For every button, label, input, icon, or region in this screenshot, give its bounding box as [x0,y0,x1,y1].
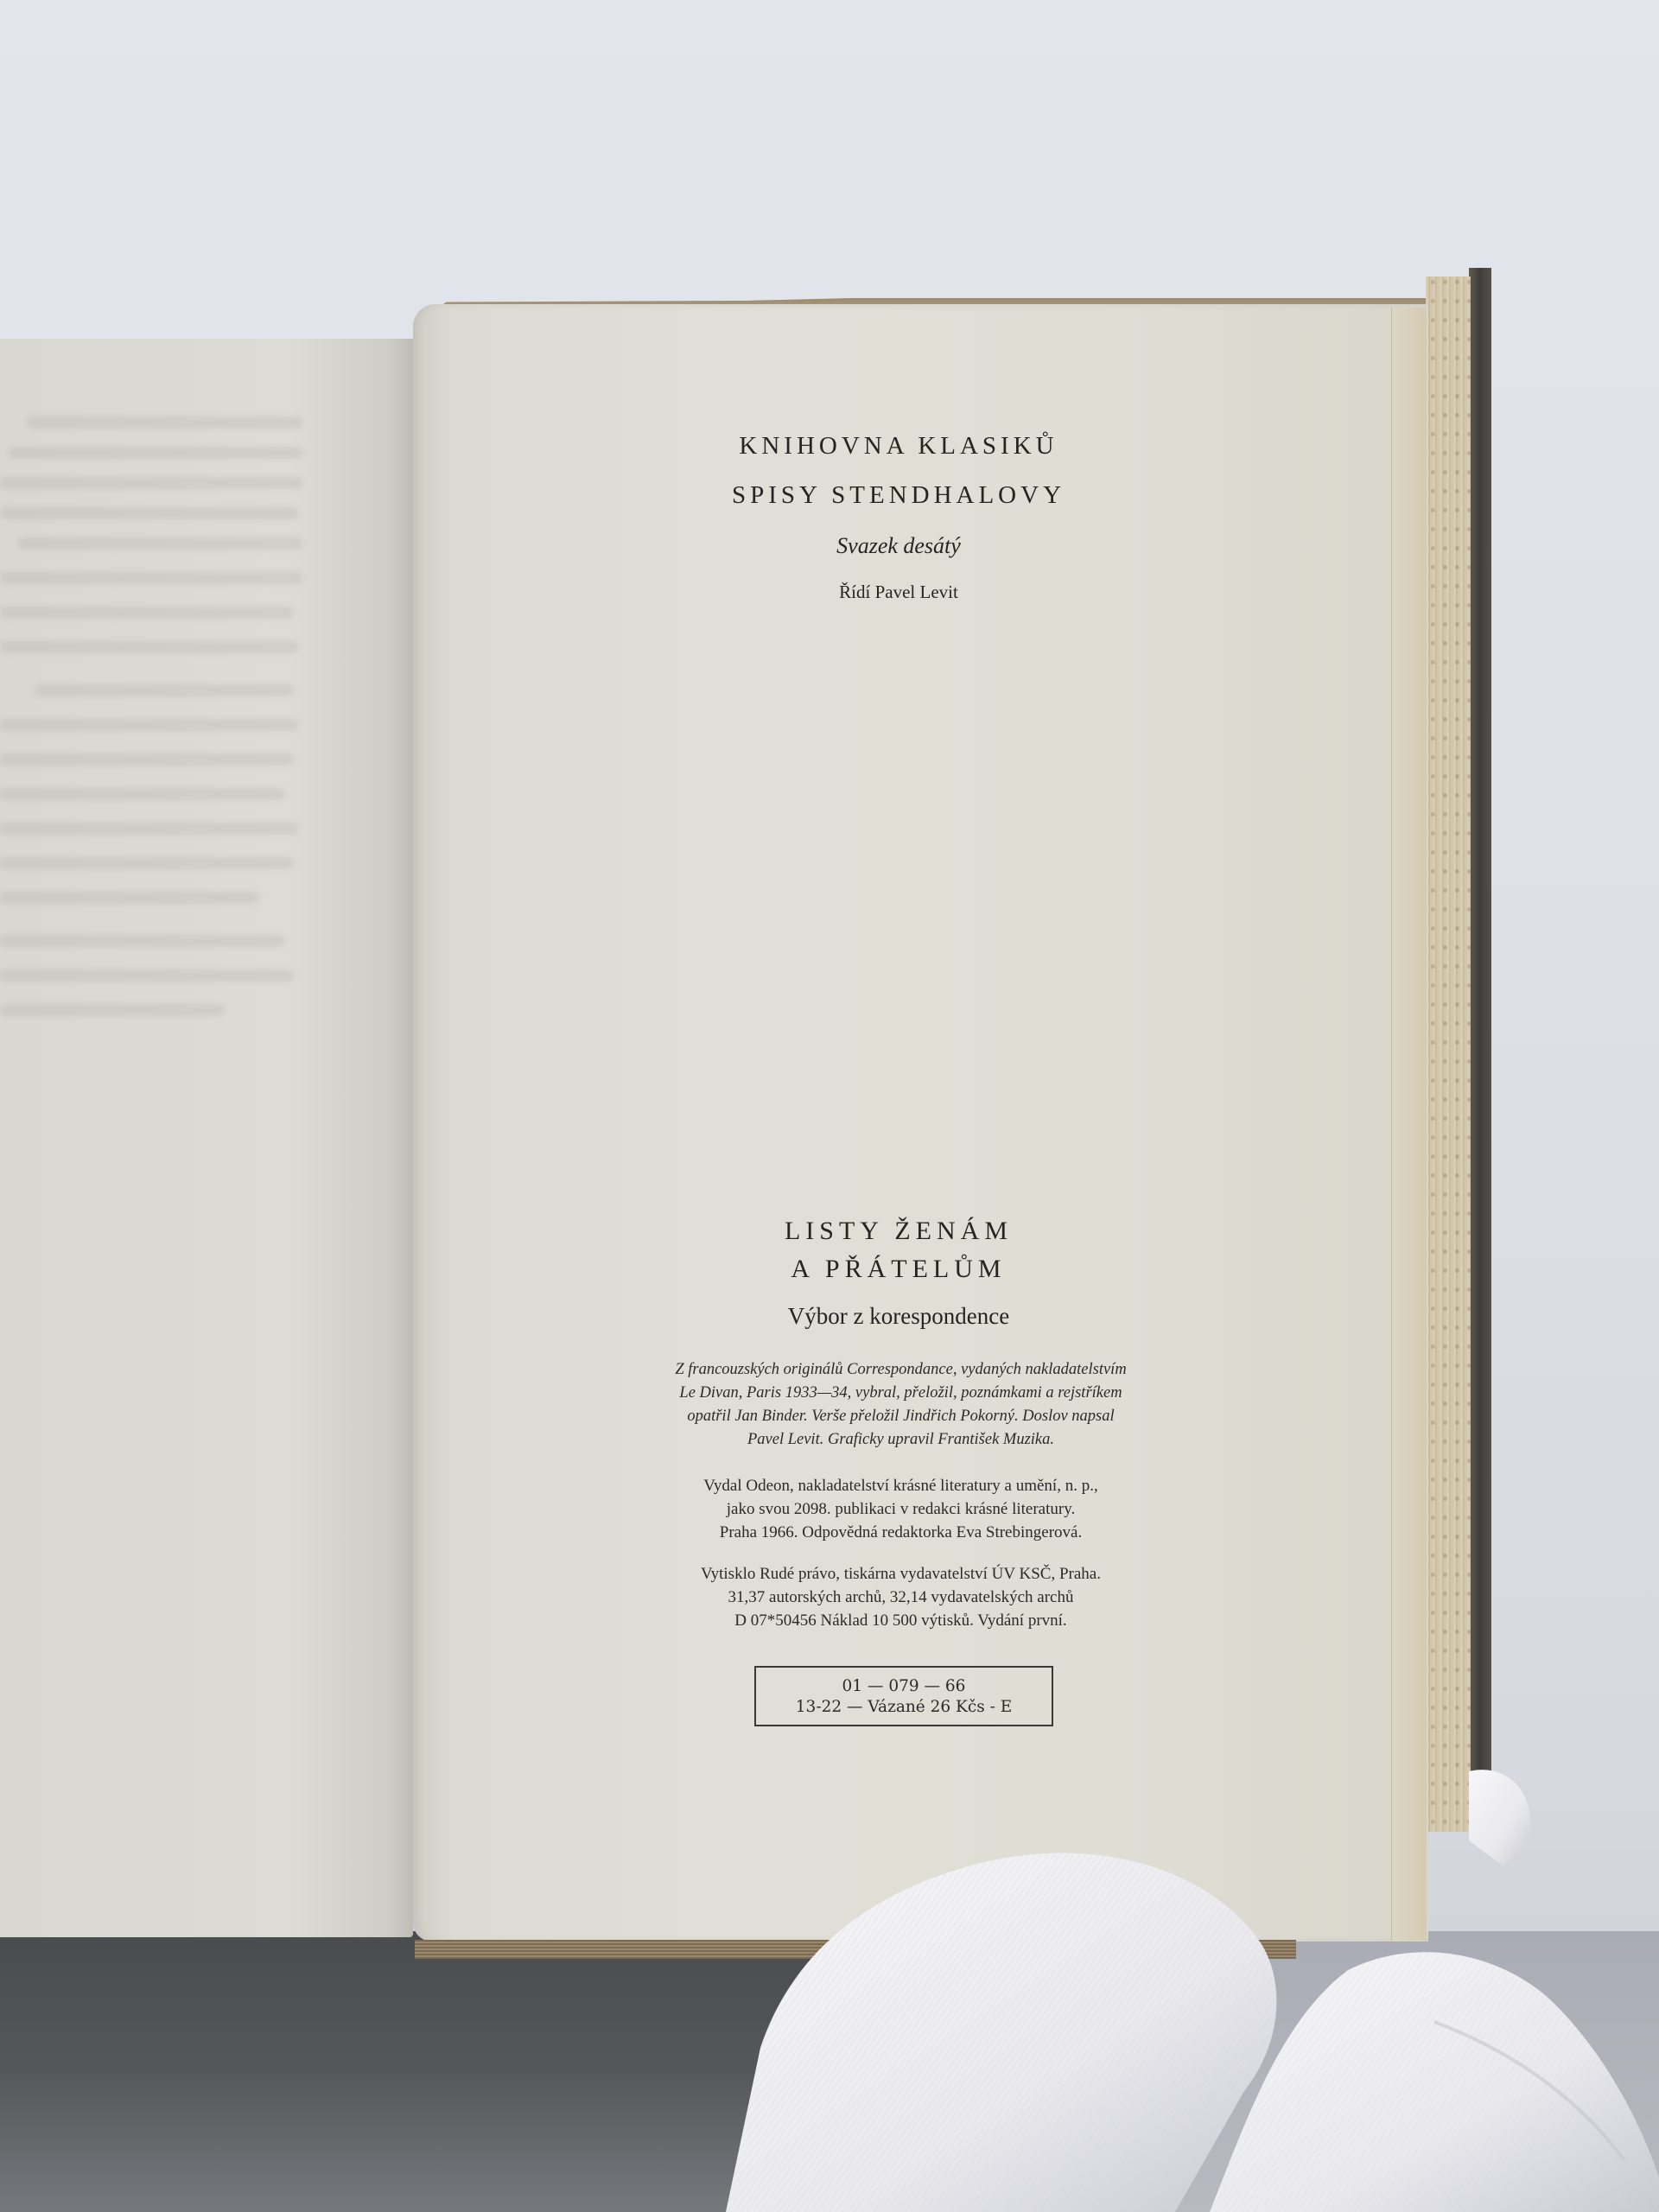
printer-line: Vytisklo Rudé právo, tiskárna vydavatels… [631,1562,1171,1586]
publisher-line: Vydal Odeon, nakladatelství krásné liter… [631,1474,1171,1497]
book-cover-fore-edge [1469,268,1491,1823]
book-photo-scene: KNIHOVNA KLASIKŮ SPISY STENDHALOVY Svaze… [0,0,1659,2212]
credits-line: opatřil Jan Binder. Verše přeložil Jindř… [631,1405,1171,1428]
volume-label: Svazek desátý [622,533,1175,559]
show-through-text [0,823,298,835]
series-editor: Řídí Pavel Levit [622,582,1175,603]
show-through-text [26,416,302,429]
series-title: KNIHOVNA KLASIKŮ [622,432,1175,461]
show-through-text [0,719,298,731]
series-subtitle: SPISY STENDHALOVY [622,481,1175,510]
printer-info: Vytisklo Rudé právo, tiskárna vydavatels… [631,1562,1171,1632]
white-glove-hand [726,1763,1659,2212]
credits-line: Z francouzských originálů Correspondance… [631,1358,1171,1382]
show-through-text [0,788,285,800]
printer-line: 31,37 autorských archů, 32,14 vydavatels… [631,1586,1171,1609]
show-through-text [0,607,294,619]
publisher-line: Praha 1966. Odpovědná redaktorka Eva Str… [631,1521,1171,1544]
catalog-number: 01 — 079 — 66 [756,1676,1052,1697]
book-subtitle: Výbor z korespondence [622,1303,1175,1330]
show-through-text [35,684,294,696]
show-through-text [0,892,259,904]
book-title-line-1: LISTY ŽENÁM [622,1217,1175,1246]
show-through-text [0,753,294,766]
show-through-text [0,1004,225,1016]
credits-line: Le Divan, Paris 1933—34, vybral, přeloži… [631,1382,1171,1405]
show-through-text [9,447,302,459]
show-through-text [17,537,302,550]
show-through-text [0,477,302,489]
show-through-text [0,507,298,519]
show-through-text [0,969,294,982]
printer-line: D 07*50456 Náklad 10 500 výtisků. Vydání… [631,1609,1171,1632]
price-box: 01 — 079 — 66 13-22 — Vázané 26 Kčs - E [754,1666,1053,1726]
page-block-edge [1426,276,1471,1832]
show-through-text [0,935,285,947]
left-page [0,339,413,1937]
publisher-line: jako svou 2098. publikaci v redakci krás… [631,1497,1171,1521]
show-through-text [0,857,294,869]
translation-credits: Z francouzských originálů Correspondance… [631,1358,1171,1452]
show-through-text [0,572,302,584]
show-through-text [0,641,298,653]
publisher-info: Vydal Odeon, nakladatelství krásné liter… [631,1474,1171,1544]
price-line: 13-22 — Vázané 26 Kčs - E [756,1697,1052,1718]
page-edge-strip [1391,308,1427,1941]
book-title-line-2: A PŘÁTELŮM [622,1255,1175,1284]
credits-line: Pavel Levit. Graficky upravil František … [631,1428,1171,1452]
